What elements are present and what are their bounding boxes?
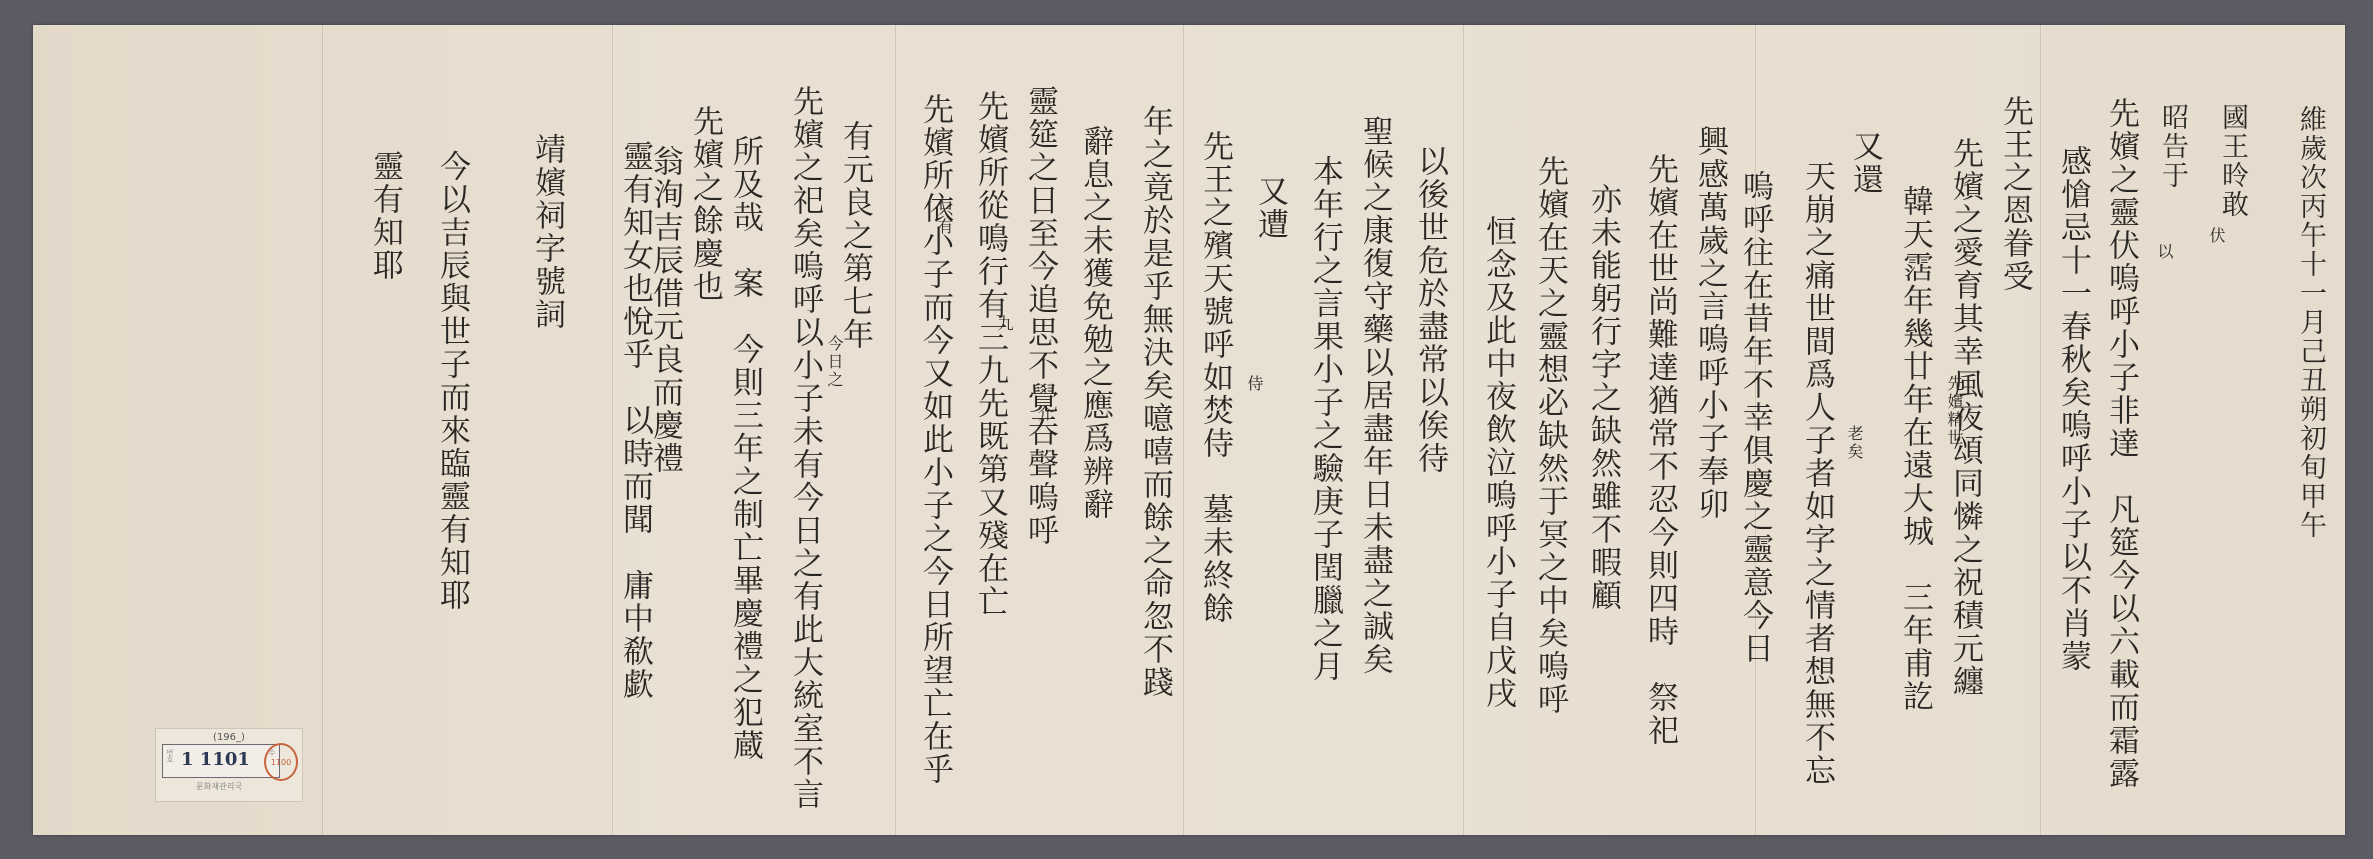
annotation: 今日之 xyxy=(823,335,846,389)
archive-label: (196_) 번호 1 1101 수 1100 문화재관리국 xyxy=(155,728,303,802)
text-column: 先嬪所依小子而今又如此小子之今日所望亡在乎 xyxy=(913,93,958,786)
text-column: 所及哉 案 今則三年之制亡畢慶禮之犯蔵 xyxy=(723,135,768,762)
text-column: 又還 xyxy=(1843,130,1888,196)
manuscript-sheet: 維歲次丙午十一月己丑朔初旬甲午 國王昤敢 昭告于 先嬪之靈伏嗚呼小子非達 凡筵今… xyxy=(33,25,2345,835)
text-column: 國王昤敢 xyxy=(2213,103,2252,219)
annotation: 只有 xyxy=(933,200,956,236)
text-column: 先嬪在天之靈想必缺然于冥之中矣嗚呼 xyxy=(1528,155,1573,716)
text-column: 聖候之康復守藥以居盡年日未盡之誠矣 xyxy=(1353,115,1398,676)
text-column: 恒念及此中夜飲泣嗚呼小子自戊戌 xyxy=(1476,215,1521,710)
text-column: 本年行之言果小子之驗庚子閏臘之月 xyxy=(1303,155,1348,683)
red-seal-stamp: 1100 xyxy=(264,743,298,781)
label-number-box: 번호 1 1101 수 xyxy=(162,744,280,778)
text-column: 先嬪之祀矣嗚呼以小子未有今日之有此大統室不言 xyxy=(783,85,828,811)
fold-line xyxy=(1463,25,1465,835)
text-column: 維歲次丙午十一月己丑朔初旬甲午 xyxy=(2291,105,2330,540)
text-column: 先王之殯天號呼如焚侍 墓未終餘 xyxy=(1193,130,1238,625)
annotation: 九 xyxy=(993,315,1016,333)
text-column: 靖嬪祠字號詞 xyxy=(525,133,570,331)
text-column: 嗚呼往在昔年不幸俱慶之靈意今日 xyxy=(1733,170,1778,665)
annotation: 介 xyxy=(1033,405,1056,423)
text-column: 興感萬歲之言嗚呼小子奉卯 xyxy=(1688,125,1733,521)
annotation: 老矣 xyxy=(1843,425,1866,461)
fold-line xyxy=(2040,25,2042,835)
text-column: 先嬪之餘慶也 xyxy=(683,105,728,303)
text-column: 靈有知耶 xyxy=(363,150,408,282)
annotation: 伏 xyxy=(2205,227,2228,245)
text-column: 靈有知女也悅乎 以時而聞 庸中欷歔 xyxy=(613,140,658,701)
text-column: 以後世危於盡常以俟待 xyxy=(1408,145,1453,475)
text-column: 韓天霑年幾廿年在遠大城 三年甫訖 xyxy=(1893,185,1938,713)
text-column: 感愴忌十一春秋矣嗚呼小子以不肖蒙 xyxy=(2051,145,2096,673)
text-column: 靈筵之日至今追思不覺吞聲嗚呼 xyxy=(1018,85,1063,547)
annotation: 先嬪精世 xyxy=(1943,375,1966,447)
text-column: 昭告于 xyxy=(2153,103,2192,190)
label-year: (196_) xyxy=(156,732,302,743)
label-organization: 문화재관리국 xyxy=(156,781,282,792)
text-column: 天崩之痛世間爲人子者如字之情者想無不忘 xyxy=(1795,160,1840,787)
text-column: 先嬪所從鳴行有三九先既第又殘在亡 xyxy=(968,90,1013,618)
label-number: 1 1101 xyxy=(181,749,250,770)
text-column: 先王之恩眷受 xyxy=(1993,95,2038,293)
text-column: 辭息之未獲免勉之應爲辨辭 xyxy=(1073,125,1118,521)
fold-line xyxy=(895,25,897,835)
annotation: 以 xyxy=(2153,243,2176,261)
label-side-left: 번호 xyxy=(165,749,175,763)
text-column: 先嬪在世尚難達猶常不忍今則四時 祭祀 xyxy=(1638,153,1683,747)
text-column: 又遭 xyxy=(1248,175,1293,241)
text-column: 先嬪之靈伏嗚呼小子非達 凡筵今以六載而霜露 xyxy=(2099,97,2144,790)
text-column: 亦未能躬行字之缺然雖不暇顧 xyxy=(1581,183,1626,612)
text-column: 今以吉辰與世子而來臨靈有知耶 xyxy=(430,150,475,612)
fold-line xyxy=(322,25,324,835)
text-column: 有元良之第七年 xyxy=(833,120,878,351)
annotation: 侍 xyxy=(1243,375,1266,393)
text-column: 年之竟於是乎無決矣噫嘻而餘之命忽不踐 xyxy=(1133,105,1178,699)
fold-line xyxy=(1183,25,1185,835)
